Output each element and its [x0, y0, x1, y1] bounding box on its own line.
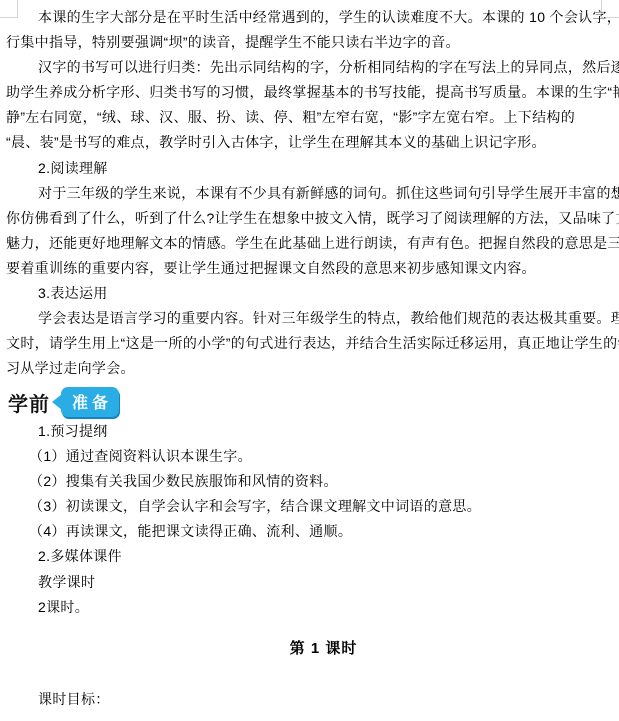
section-header-tag: 准备 — [61, 387, 119, 417]
text-line: 助学生养成分析字形、归类书写的习惯，最终掌握基本的书写技能，提高书写质量。本课的… — [6, 80, 613, 105]
list-item: （1）通过查阅资料认识本课生字。 — [6, 444, 613, 469]
preparation-section: 1.预习提纲 （1）通过查阅资料认识本课生字。 （2）搜集有关我国少数民族服饰和… — [6, 419, 613, 620]
subheading-teaching-periods: 教学课时 — [6, 570, 613, 595]
text-line: 要着重训练的重要内容，要让学生通过把握课文自然段的意思来初步感知课文内容。 — [6, 256, 613, 281]
session-1-title: 第 1 课时 — [0, 636, 619, 661]
text-line: 静”左右同宽，“绒、球、汉、服、扮、读、停、粗”左窄右宽，“影”字左宽右窄。上下… — [6, 105, 613, 130]
subheading-multimedia-courseware: 2.多媒体课件 — [6, 544, 613, 569]
subheading-preview-outline: 1.预习提纲 — [6, 419, 613, 444]
text-line: 文时，请学生用上“这是一所的小学”的句式进行表达，并结合生活实际迁移运用，真正地… — [6, 331, 613, 356]
text-line: 对于三年级的学生来说，本课有不少具有新鲜感的词句。抓住这些词句引导学生展开丰富的… — [6, 181, 613, 206]
list-item: （2）搜集有关我国少数民族服饰和风情的资料。 — [6, 469, 613, 494]
text-line: 2课时。 — [6, 595, 613, 620]
tag-left-arrow-icon — [52, 394, 62, 410]
section-header-tag-label: 准备 — [72, 395, 112, 412]
list-item: （4）再读课文，能把课文读得正确、流利、通顺。 — [6, 519, 613, 544]
text-line: 魅力，还能更好地理解文本的情感。学生在此基础上进行朗读，有声有色。把握自然段的意… — [6, 231, 613, 256]
text-line: 习从学过走向学会。 — [6, 356, 613, 381]
list-item: （3）初读课文，自学会认字和会写字，结合课文理解文中词语的意思。 — [6, 494, 613, 519]
subheading-reading-comprehension: 2.阅读理解 — [6, 156, 613, 181]
session-goal-label: 课时目标： — [6, 687, 613, 712]
text-line: 学会表达是语言学习的重要内容。针对三年级学生的特点，教给他们规范的表达极其重要。… — [6, 306, 613, 331]
document-page: 本课的生字大部分是在平时生活中经常遇到的，学生的认读难度不大。本课的 10 个会… — [0, 0, 619, 721]
text-line: 行集中指导，特别要强调“坝”的读音，提醒学生不能只读右半边字的音。 — [6, 30, 613, 55]
section-header-pre-class-preparation: 学前 准备 — [8, 386, 119, 418]
text-line: “晨、装”是书写的难点，教学时引入古体字，让学生在理解其本义的基础上识记字形。 — [6, 130, 613, 155]
text-line: 本课的生字大部分是在平时生活中经常遇到的，学生的认读难度不大。本课的 10 个会… — [6, 5, 613, 30]
text-line: 你仿佛看到了什么，听到了什么?让学生在想象中披文入情，既学习了阅读理解的方法，又… — [6, 206, 613, 231]
analysis-section: 本课的生字大部分是在平时生活中经常遇到的，学生的认读难度不大。本课的 10 个会… — [6, 5, 613, 381]
section-header-prefix-label: 学前 — [8, 388, 50, 417]
session-goal-row: 课时目标： — [6, 687, 613, 712]
subheading-expression-use: 3.表达运用 — [6, 281, 613, 306]
text-line: 汉字的书写可以进行归类：先出示同结构的字，分析相同结构的字在写法上的异同点，然后… — [6, 55, 613, 80]
